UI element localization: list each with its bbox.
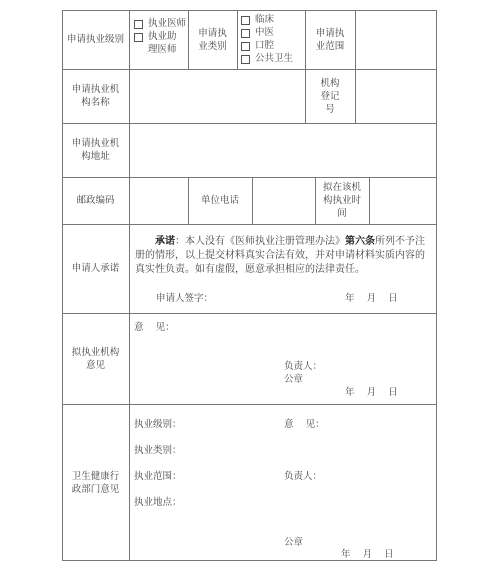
org-opinion-label: 意 见：: [134, 321, 175, 334]
unit-phone-field[interactable]: [252, 177, 315, 224]
label-org-name: 申请执业机构名称: [62, 69, 129, 123]
label-postcode: 邮政编码: [62, 177, 129, 224]
org-responsible-label: 负责人：: [284, 360, 322, 373]
health-dept-opinion-label: 意 见：: [284, 418, 325, 431]
label-org-reg-no: 机构登记号: [305, 69, 355, 123]
label-practice-category: 申请执业类别: [188, 10, 237, 69]
checkbox-icon[interactable]: [241, 55, 250, 64]
label-org-opinion: 拟执业机构意见: [62, 313, 129, 404]
field-practice-location: 执业地点：: [134, 496, 182, 509]
checkbox-icon[interactable]: [241, 29, 250, 38]
org-address-field[interactable]: [129, 123, 437, 177]
label-practice-level: 申请执业级别: [62, 10, 129, 69]
label-org-address: 申请执业机构地址: [62, 123, 129, 177]
pledge-text: 承诺：本人没有《医师执业注册管理办法》第六条所列不予注册的情形，以上提交材料真实…: [135, 235, 432, 277]
field-practice-level: 执业级别：: [134, 418, 182, 431]
health-dept-responsible-label: 负责人：: [284, 470, 322, 483]
practice-time-field[interactable]: [369, 177, 437, 224]
label-applicant-pledge: 申请人承诺: [62, 224, 129, 313]
option-clinical[interactable]: 临床: [241, 13, 293, 26]
postcode-field[interactable]: [129, 177, 188, 224]
option-assistant-physician[interactable]: 执业助理医师: [134, 30, 188, 56]
applicant-signature-label: 申请人签字：: [156, 292, 213, 305]
checkbox-icon[interactable]: [134, 33, 143, 42]
label-practice-time: 拟在该机构执业时间: [315, 177, 369, 224]
practice-scope-field[interactable]: [355, 10, 437, 69]
column-divider: [237, 10, 238, 69]
option-practicing-physician[interactable]: 执业医师: [134, 17, 188, 30]
health-dept-seal-label: 公章: [284, 536, 303, 549]
checkbox-icon[interactable]: [134, 20, 143, 29]
option-public-health[interactable]: 公共卫生: [241, 52, 293, 65]
org-name-field[interactable]: [129, 69, 305, 123]
option-dental[interactable]: 口腔: [241, 39, 293, 52]
field-practice-category: 执业类别：: [134, 444, 182, 457]
label-unit-phone: 单位电话: [188, 177, 252, 224]
label-health-dept-opinion: 卫生健康行政部门意见: [62, 404, 129, 561]
field-practice-scope: 执业范围：: [134, 470, 182, 483]
checkbox-icon[interactable]: [241, 42, 250, 51]
pledge-date: 年 月 日: [345, 292, 398, 305]
option-tcm[interactable]: 中医: [241, 26, 293, 39]
practice-category-options: 临床 中医 口腔 公共卫生: [241, 13, 293, 65]
practice-level-options: 执业医师 执业助理医师: [134, 17, 188, 56]
org-seal-label: 公章: [284, 373, 303, 386]
org-reg-no-field[interactable]: [355, 69, 437, 123]
health-dept-date: 年 月 日: [341, 548, 394, 561]
label-practice-scope: 申请执业范围: [305, 10, 355, 69]
checkbox-icon[interactable]: [241, 16, 250, 25]
org-opinion-date: 年 月 日: [345, 386, 398, 399]
